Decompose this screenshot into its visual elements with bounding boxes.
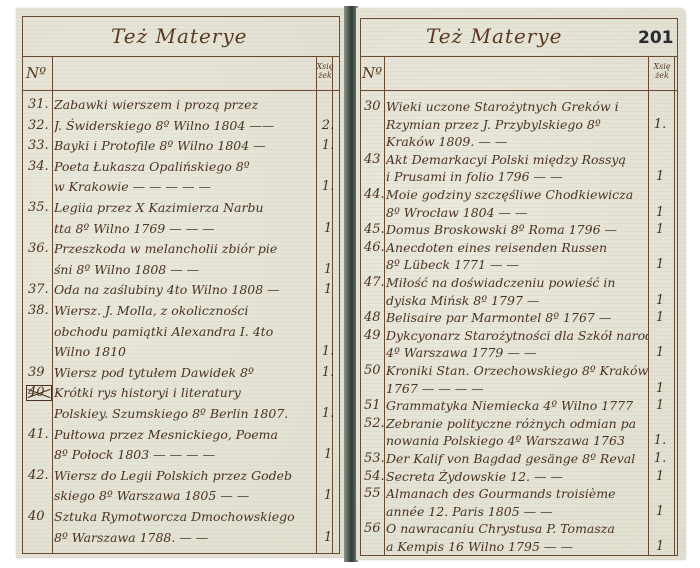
entry-number: 42. (28, 465, 54, 487)
entry-number: 35. (28, 197, 54, 219)
entry-row: 40Krótki rys historyi i literatury (28, 382, 338, 404)
entry-number: 36. (28, 238, 54, 260)
entry-row: 39Wiersz pod tytułem Dawidek 8º1. (28, 362, 338, 384)
entry-text: Wiersz. J. Molla, z okoliczności (54, 300, 316, 322)
entry-row: 35.Legiia przez X Kazimierza Narbu (28, 197, 338, 219)
entry-text: w Krakowie — — — — — (54, 176, 316, 198)
left-page-title: Też Materye (111, 24, 248, 48)
entry-row: skiego 8º Warszawa 1805 — —1 (28, 485, 338, 507)
entry-row: 33.Bayki i Protofile 8º Wilno 1804 —1. (28, 135, 338, 157)
entry-row: Wilno 18101. (28, 341, 338, 363)
entry-row: 31.Zabawki wierszem i prozą przez (28, 94, 338, 116)
entry-number: 41. (28, 424, 54, 446)
entry-text: Wiersz pod tytułem Dawidek 8º (54, 362, 316, 384)
open-manuscript-book: Też Materye Nº Xsię żek 31.Zabawki wiers… (0, 0, 700, 568)
entry-text: Bayki i Protofile 8º Wilno 1804 — (54, 135, 316, 157)
entry-row: 8º Połock 1803 — — — —1 (28, 444, 338, 466)
left-page: Też Materye Nº Xsię żek 31.Zabawki wiers… (16, 8, 346, 558)
entry-text: śni 8º Wilno 1808 — — (54, 259, 316, 281)
entry-text: Legiia przez X Kazimierza Narbu (54, 197, 316, 219)
entry-number: 34. (28, 156, 54, 178)
right-header-divider (360, 90, 678, 91)
entry-text: Polskiey. Szumskiego 8º Berlin 1807. (54, 403, 316, 425)
entry-text: Sztuka Rymotworcza Dmochowskiego (54, 506, 316, 528)
entry-text: a Kempis 16 Wilno 1795 — — (386, 536, 648, 558)
entry-row: 38.Wiersz. J. Molla, z okoliczności (28, 300, 338, 322)
entry-text: tta 8º Wilno 1769 — — — (54, 218, 316, 240)
entry-number: 32. (28, 115, 54, 137)
right-column-header-number: Nº (362, 64, 382, 82)
entry-quantity: 1. (318, 403, 338, 425)
entry-text: Wilno 1810 (54, 341, 316, 363)
entry-row: 42.Wiersz do Legii Polskich przez Godeb (28, 465, 338, 487)
right-page-title: Też Materye (426, 24, 563, 48)
entry-number: 39 (28, 362, 54, 384)
right-page: Też Materye 201 Nº Xsię żek 30Wieki uczo… (356, 8, 686, 560)
entry-quantity: 1. (318, 341, 338, 363)
qty-header-line-1: Xsię (650, 62, 674, 71)
entry-number: 40 (28, 506, 54, 528)
entry-row: 8º Warszawa 1788. — —1 (28, 527, 338, 549)
entry-quantity: 1 (318, 527, 338, 549)
right-title-divider (360, 56, 678, 57)
qty-header-line-1: Xsię (316, 62, 334, 71)
left-header-divider (22, 90, 340, 91)
entry-text: Pułtowa przez Mesnickiego, Poema (54, 424, 316, 446)
entry-row: tta 8º Wilno 1769 — — —1 (28, 218, 338, 240)
page-number: 201 (638, 28, 674, 48)
entry-quantity: 2. (318, 115, 338, 137)
left-title-divider (22, 56, 340, 57)
entry-quantity: 1 (318, 259, 338, 281)
entry-row: w Krakowie — — — — —1. (28, 176, 338, 198)
entry-quantity: 1 (318, 485, 338, 507)
entry-row: 40Sztuka Rymotworcza Dmochowskiego (28, 506, 338, 528)
entry-text: skiego 8º Warszawa 1805 — — (54, 485, 316, 507)
entry-text: J. Świderskiego 8º Wilno 1804 —— (54, 115, 316, 137)
entry-row: Polskiey. Szumskiego 8º Berlin 1807.1. (28, 403, 338, 425)
entry-quantity: 1 (318, 218, 338, 240)
entry-text: Krótki rys historyi i literatury (54, 382, 316, 404)
entry-row: obchodu pamiątki Alexandra I. 4to (28, 321, 338, 343)
entry-quantity: 1. (318, 135, 338, 157)
entry-text: obchodu pamiątki Alexandra I. 4to (54, 321, 316, 343)
entry-row: 34.Poeta Łukasza Opalińskiego 8º (28, 156, 338, 178)
entry-row: 36.Przeszkoda w melancholii zbiór pie (28, 238, 338, 260)
entry-text: Zabawki wierszem i prozą przez (54, 94, 316, 116)
right-column-header-quantity: Xsię żek (650, 62, 674, 80)
qty-header-line-2: żek (650, 71, 674, 80)
entry-quantity: 1 (318, 444, 338, 466)
entry-row: śni 8º Wilno 1808 — —1 (28, 259, 338, 281)
entry-row: 37.Oda na zaślubiny 4to Wilno 1808 —1 (28, 279, 338, 301)
entry-text: Przeszkoda w melancholii zbiór pie (54, 238, 316, 260)
entry-quantity: 1 (650, 536, 670, 558)
left-column-header-number: Nº (26, 64, 46, 82)
entry-row: 32.J. Świderskiego 8º Wilno 1804 ——2. (28, 115, 338, 137)
entry-text: Oda na zaślubiny 4to Wilno 1808 — (54, 279, 316, 301)
left-column-header-quantity: Xsię żek (316, 62, 334, 80)
entry-quantity: 1. (318, 362, 338, 384)
entry-text: Wiersz do Legii Polskich przez Godeb (54, 465, 316, 487)
entry-row: 41.Pułtowa przez Mesnickiego, Poema (28, 424, 338, 446)
entry-row: a Kempis 16 Wilno 1795 — —1 (364, 536, 676, 558)
entry-number: 33. (28, 135, 54, 157)
crossed-out-number-mark (26, 385, 52, 401)
entry-text: Poeta Łukasza Opalińskiego 8º (54, 156, 316, 178)
entry-text: 8º Połock 1803 — — — — (54, 444, 316, 466)
entry-number: 31. (28, 94, 54, 116)
entry-number: 37. (28, 279, 54, 301)
entry-number: 38. (28, 300, 54, 322)
entry-text: 8º Warszawa 1788. — — (54, 527, 316, 549)
qty-header-line-2: żek (316, 71, 334, 80)
entry-quantity: 1. (318, 176, 338, 198)
entry-quantity: 1 (318, 279, 338, 301)
